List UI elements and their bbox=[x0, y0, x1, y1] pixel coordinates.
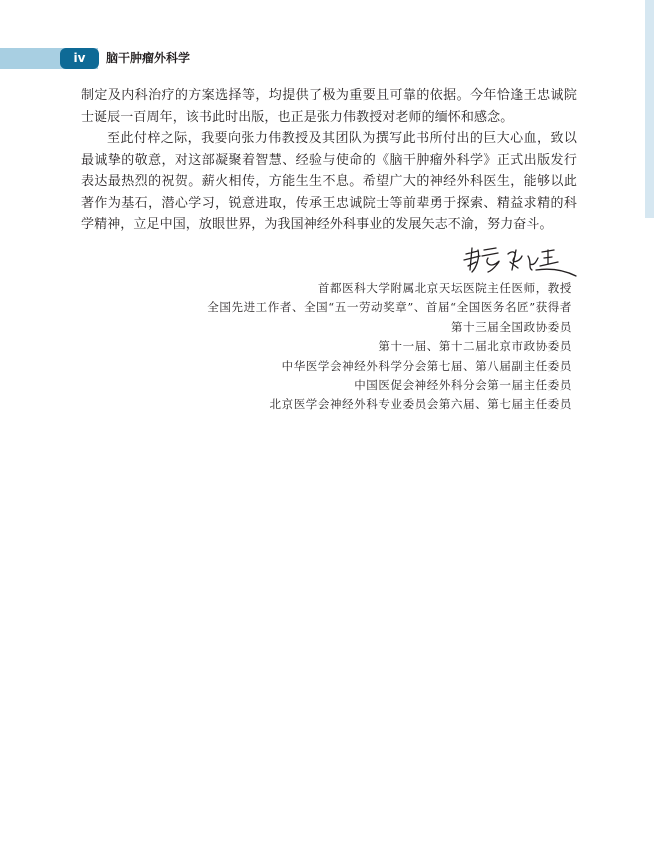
credential-line: 中华医学会神经外科学分会第七届、第八届副主任委员 bbox=[112, 357, 572, 376]
page-number-badge: iv bbox=[60, 48, 99, 69]
credential-line: 第十一届、第十二届北京市政协委员 bbox=[112, 337, 572, 356]
paragraph: 至此付梓之际，我要向张力伟教授及其团队为撰写此书所付出的巨大心血，致以最诚挚的敬… bbox=[81, 128, 577, 236]
paragraph: 制定及内科治疗的方案选择等，均提供了极为重要且可靠的依据。今年恰逢王忠诚院士诞辰… bbox=[81, 85, 577, 128]
running-header-title: 脑干肿瘤外科学 bbox=[106, 50, 190, 67]
author-credentials: 首都医科大学附属北京天坛医院主任医师，教授 全国先进工作者、全国“五一劳动奖章”… bbox=[112, 279, 572, 415]
signature-icon bbox=[458, 240, 578, 280]
credential-line: 北京医学会神经外科专业委员会第六届、第七届主任委员 bbox=[112, 395, 572, 414]
credential-line: 首都医科大学附属北京天坛医院主任医师，教授 bbox=[112, 279, 572, 298]
body-text: 制定及内科治疗的方案选择等，均提供了极为重要且可靠的依据。今年恰逢王忠诚院士诞辰… bbox=[81, 85, 577, 236]
side-edge-strip bbox=[645, 0, 654, 218]
credential-line: 第十三届全国政协委员 bbox=[112, 318, 572, 337]
credential-line: 全国先进工作者、全国“五一劳动奖章”、首届“全国医务名匠”获得者 bbox=[112, 298, 572, 317]
credential-line: 中国医促会神经外科分会第一届主任委员 bbox=[112, 376, 572, 395]
